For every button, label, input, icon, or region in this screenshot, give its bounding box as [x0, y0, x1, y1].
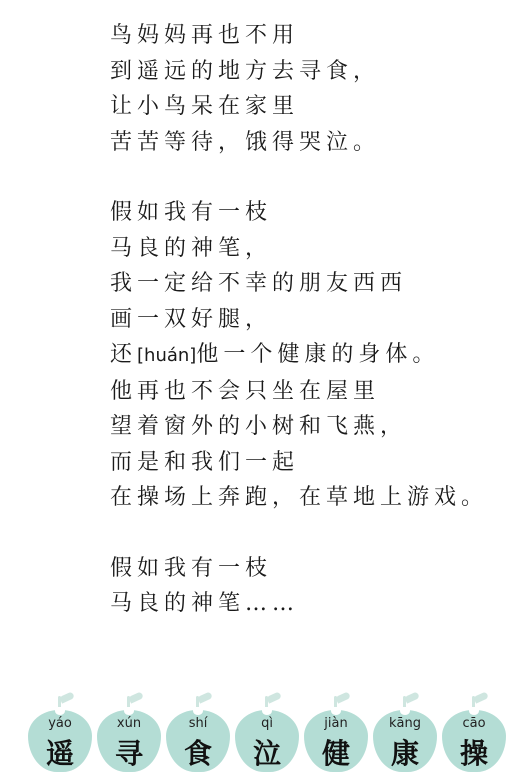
vocab-character: 食	[166, 732, 230, 772]
poem-line: 画一双好腿，	[110, 302, 488, 338]
line-text: 他一个健康的身体。	[196, 342, 439, 367]
apple-leaf-icon	[128, 691, 144, 703]
vocab-pinyin: qì	[235, 716, 299, 731]
apple-leaf-icon	[404, 691, 420, 703]
poem-line: 苦苦等待，饿得哭泣。	[110, 125, 488, 161]
stanza-2: 假如我有一枝 马良的神笔， 我一定给不幸的朋友西西 画一双好腿， 还[huán]…	[110, 195, 488, 516]
vocab-pinyin: shí	[166, 716, 230, 731]
vocab-character: 健	[304, 732, 368, 772]
poem-line: 到遥远的地方去寻食，	[110, 54, 488, 90]
poem-line: 让小鸟呆在家里	[110, 89, 488, 125]
vocab-pinyin: cāo	[442, 716, 506, 731]
vocab-apple: xún 寻	[97, 692, 161, 774]
stanza-gap	[110, 516, 488, 551]
stanza-1: 鸟妈妈再也不用 到遥远的地方去寻食， 让小鸟呆在家里 苦苦等待，饿得哭泣。	[110, 18, 488, 160]
poem-line: 马良的神笔……	[110, 586, 488, 622]
poem-line: 我一定给不幸的朋友西西	[110, 266, 488, 302]
poem-line: 鸟妈妈再也不用	[110, 18, 488, 54]
vocab-pinyin: jiàn	[304, 716, 368, 731]
vocab-apple: yáo 遥	[28, 692, 92, 774]
apple-leaf-icon	[335, 691, 351, 703]
apple-leaf-icon	[59, 691, 75, 703]
vocab-apple: qì 泣	[235, 692, 299, 774]
poem-line: 马良的神笔，	[110, 231, 488, 267]
poem-line: 在操场上奔跑，在草地上游戏。	[110, 480, 488, 516]
pinyin-annotation: [huán]	[137, 345, 196, 366]
poem-line: 他再也不会只坐在屋里	[110, 374, 488, 410]
vocab-apple: cāo 操	[442, 692, 506, 774]
vocab-apple: kāng 康	[373, 692, 437, 774]
poem-line: 假如我有一枝	[110, 551, 488, 587]
vocab-pinyin: kāng	[373, 716, 437, 731]
apple-leaf-icon	[266, 691, 282, 703]
stanza-3: 假如我有一枝 马良的神笔……	[110, 551, 488, 622]
vocab-character: 泣	[235, 732, 299, 772]
apple-leaf-icon	[473, 691, 489, 703]
vocab-pinyin: xún	[97, 716, 161, 731]
vocab-character: 康	[373, 732, 437, 772]
poem-line: 而是和我们一起	[110, 445, 488, 481]
stanza-gap	[110, 160, 488, 195]
poem-line: 假如我有一枝	[110, 195, 488, 231]
vocab-apple: jiàn 健	[304, 692, 368, 774]
line-text: 还	[110, 342, 137, 367]
vocab-pinyin: yáo	[28, 716, 92, 731]
vocab-apple: shí 食	[166, 692, 230, 774]
poem-line-with-pinyin: 还[huán]他一个健康的身体。	[110, 337, 488, 374]
vocab-apples: yáo 遥 xún 寻 shí 食 qì 泣 jiàn 健 kāng 康 cāo…	[28, 692, 508, 774]
vocab-character: 遥	[28, 732, 92, 772]
apple-leaf-icon	[197, 691, 213, 703]
poem: 鸟妈妈再也不用 到遥远的地方去寻食， 让小鸟呆在家里 苦苦等待，饿得哭泣。 假如…	[110, 18, 488, 622]
poem-line: 望着窗外的小树和飞燕，	[110, 409, 488, 445]
vocab-character: 操	[442, 732, 506, 772]
vocab-character: 寻	[97, 732, 161, 772]
